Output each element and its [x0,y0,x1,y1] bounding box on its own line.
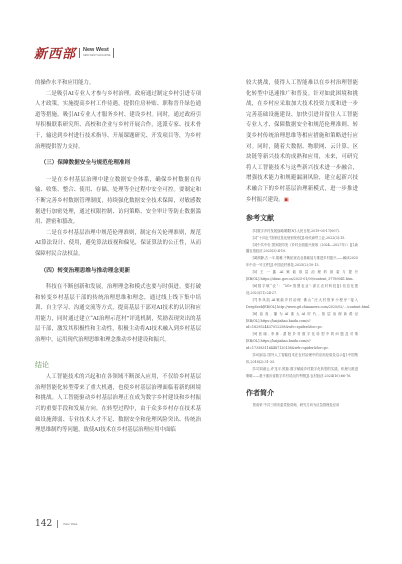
end-mark-icon: ▣ [284,197,289,203]
left-column: 的操作水平和应用能力。 二是吸引AI专业人才参与乡村治理。政府通过制定乡村引进专… [35,78,201,436]
page-footer: 142 New West [35,519,78,529]
author-bio: 蔡成荣 中共三明市委党校讲师，研究方向为应急管理及应用 [246,402,358,409]
reference-item: [3]中共中央 国务院印发《乡村全面振兴规划（2024—2027年）》[J].新… [246,242,358,256]
logo-english-title: New West [83,48,110,54]
footer-divider [57,520,58,528]
paragraph: 二是吸引AI专业人才参与乡村治理。政府通过制定乡村引进专项人才政策，实施提高乡村… [35,89,201,153]
paragraph: 较大挑战，使得人工智能难以在乡村治理智能化转型中迅速推广和普及。针对如此困境和挑… [246,78,358,205]
reference-item: [9]张晓,李林.溧阳乡村数字化转型中的问题及对策[EB/OL].https:/… [246,331,358,352]
references-heading: 参考文献 [246,213,358,224]
logo-divider-right [113,48,114,58]
author-heading: 作者简介 [246,388,358,399]
reference-item: [2]“十四五”国家信息化规划发布[J].现代商贸工业,2022(3):15. [246,235,358,242]
right-column: 较大挑战，使得人工智能难以在乡村治理智能化转型中迅速推广和普及。针对如此困境和挑… [246,78,358,409]
reference-item: [6]数字赋“农”：“5G+智慧农业”.浙江农村科技[J].信息化建设,2023… [246,283,358,297]
logo-english-subtitle: NEW WEST MAGAZINE [83,55,110,58]
page-number: 142 [35,519,52,529]
subheading-data-security: （三）保障数据安全与规范伦理准则 [41,158,201,169]
reference-item: [10]邱洁.国外人工智能技术在农村治理中的应用经验及启示[J].中国集体,20… [246,352,358,366]
paragraph: 二是在乡村基层治理中规范伦理准则，制定有关伦理准则，规范AI算法设计、使用，避免… [35,228,201,260]
paragraph: 科技在不断创新和发展，治理理念和模式也要与时俱进。要打破和转变乡村基层干部的传统… [35,282,201,346]
paragraph-text: 较大挑战，使得人工智能难以在乡村治理智能化转型中迅速推广和普及。针对如此困境和挑… [246,80,358,203]
reference-list: [1]数字乡村发展战略纲要[N].人民日报,2019-05-17(007). [… [246,228,358,380]
reference-item: [1]数字乡村发展战略纲要[N].人民日报,2019-05-17(007). [246,228,358,235]
reference-item: [5]王一鑫.AI赋能基层治理的探索与提升[EB/OL].https://sfa… [246,269,358,283]
conclusion-heading: 结论 [35,360,201,371]
reference-item: [11]刘淑云,许龙平,熊瑞.数字赋能乡村数字化转型的实践、机理与推进策略——基… [246,366,358,380]
logo-divider [79,48,80,58]
paragraph: 人工智能技术的兴起和在各领域不断深入应用，不仅给乡村基层治理智能化转型带来了重大… [35,372,201,436]
logo-english: New West NEW WEST MAGAZINE [83,48,110,57]
reference-item: [4]颜静,古一平,胡雅.不断拓宽农业基础加力推进乡村振兴——解读2025年中央… [246,255,358,269]
magazine-header: 新西部 New West NEW WEST MAGAZINE [34,43,117,62]
reference-item: [7]李凤凯.AI赋能乡村治理 佛山“汪大村管家小程序”接入DeepSeek[E… [246,297,358,311]
subheading-governance-thinking: （四）转变治理思维与推动理念更新 [41,266,201,277]
paragraph: 的操作水平和应用能力。 [35,78,201,89]
reference-item: [8]祖逸,播为AI重大AI时代,基层治理新路径[EB/OL].https://… [246,311,358,332]
logo-chinese: 新西部 [34,43,76,62]
paragraph: 一是在乡村基层治理中建立数据安全体系，确保乡村数据在传输、收集、整合、使用、存储… [35,175,201,228]
footer-magazine-name: New West [63,522,77,526]
author-bio-block: 蔡成荣 中共三明市委党校讲师，研究方向为应急管理及应用 [246,402,358,409]
